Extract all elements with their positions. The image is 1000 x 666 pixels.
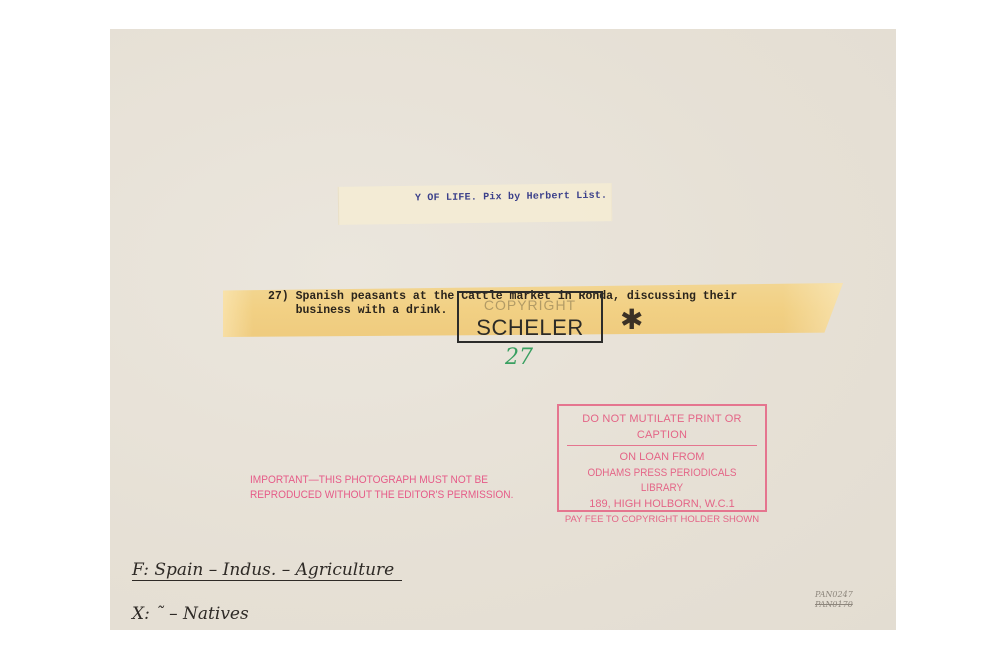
handwritten-number: 27 (505, 345, 533, 370)
loan-library-stamp: DO NOT MUTILATE PRINT OR CAPTION ON LOAN… (557, 404, 767, 512)
important-stamp-line-2: REPRODUCED WITHOUT THE EDITOR'S PERMISSI… (250, 488, 513, 503)
loan-stamp-line-2: ON LOAN FROM (559, 450, 765, 466)
important-stamp-line-1: IMPORTANT—THIS PHOTOGRAPH MUST NOT BE (250, 473, 513, 488)
loan-stamp-line-1: DO NOT MUTILATE PRINT OR CAPTION (567, 412, 757, 446)
asterisk-mark-icon: ✱ (620, 306, 643, 334)
top-tape-strip (338, 183, 613, 225)
copyright-scheler-stamp: COPYRIGHT SCHELER (457, 291, 603, 343)
copyright-stamp-header: COPYRIGHT (459, 297, 601, 313)
loan-stamp-line-5: PAY FEE TO COPYRIGHT HOLDER SHOWN (559, 512, 765, 528)
caption-line-2: business with a drink. (268, 304, 447, 317)
reference-number: PAN0247 PAN0170 (815, 590, 853, 610)
important-stamp: IMPORTANT—THIS PHOTOGRAPH MUST NOT BE RE… (250, 473, 513, 503)
loan-stamp-line-4: 189, HIGH HOLBORN, W.C.1 (559, 497, 765, 513)
copyright-stamp-name: SCHELER (459, 315, 601, 341)
handwritten-category-line-2: X: ˜ – Natives (132, 604, 249, 624)
handwritten-category-line-1: F: Spain – Indus. – Agriculture (132, 560, 402, 581)
reference-struck: PAN0170 (815, 600, 853, 610)
reference-current: PAN0247 (815, 590, 853, 600)
loan-stamp-line-3: ODHAMS PRESS PERIODICALS LIBRARY (569, 466, 754, 497)
